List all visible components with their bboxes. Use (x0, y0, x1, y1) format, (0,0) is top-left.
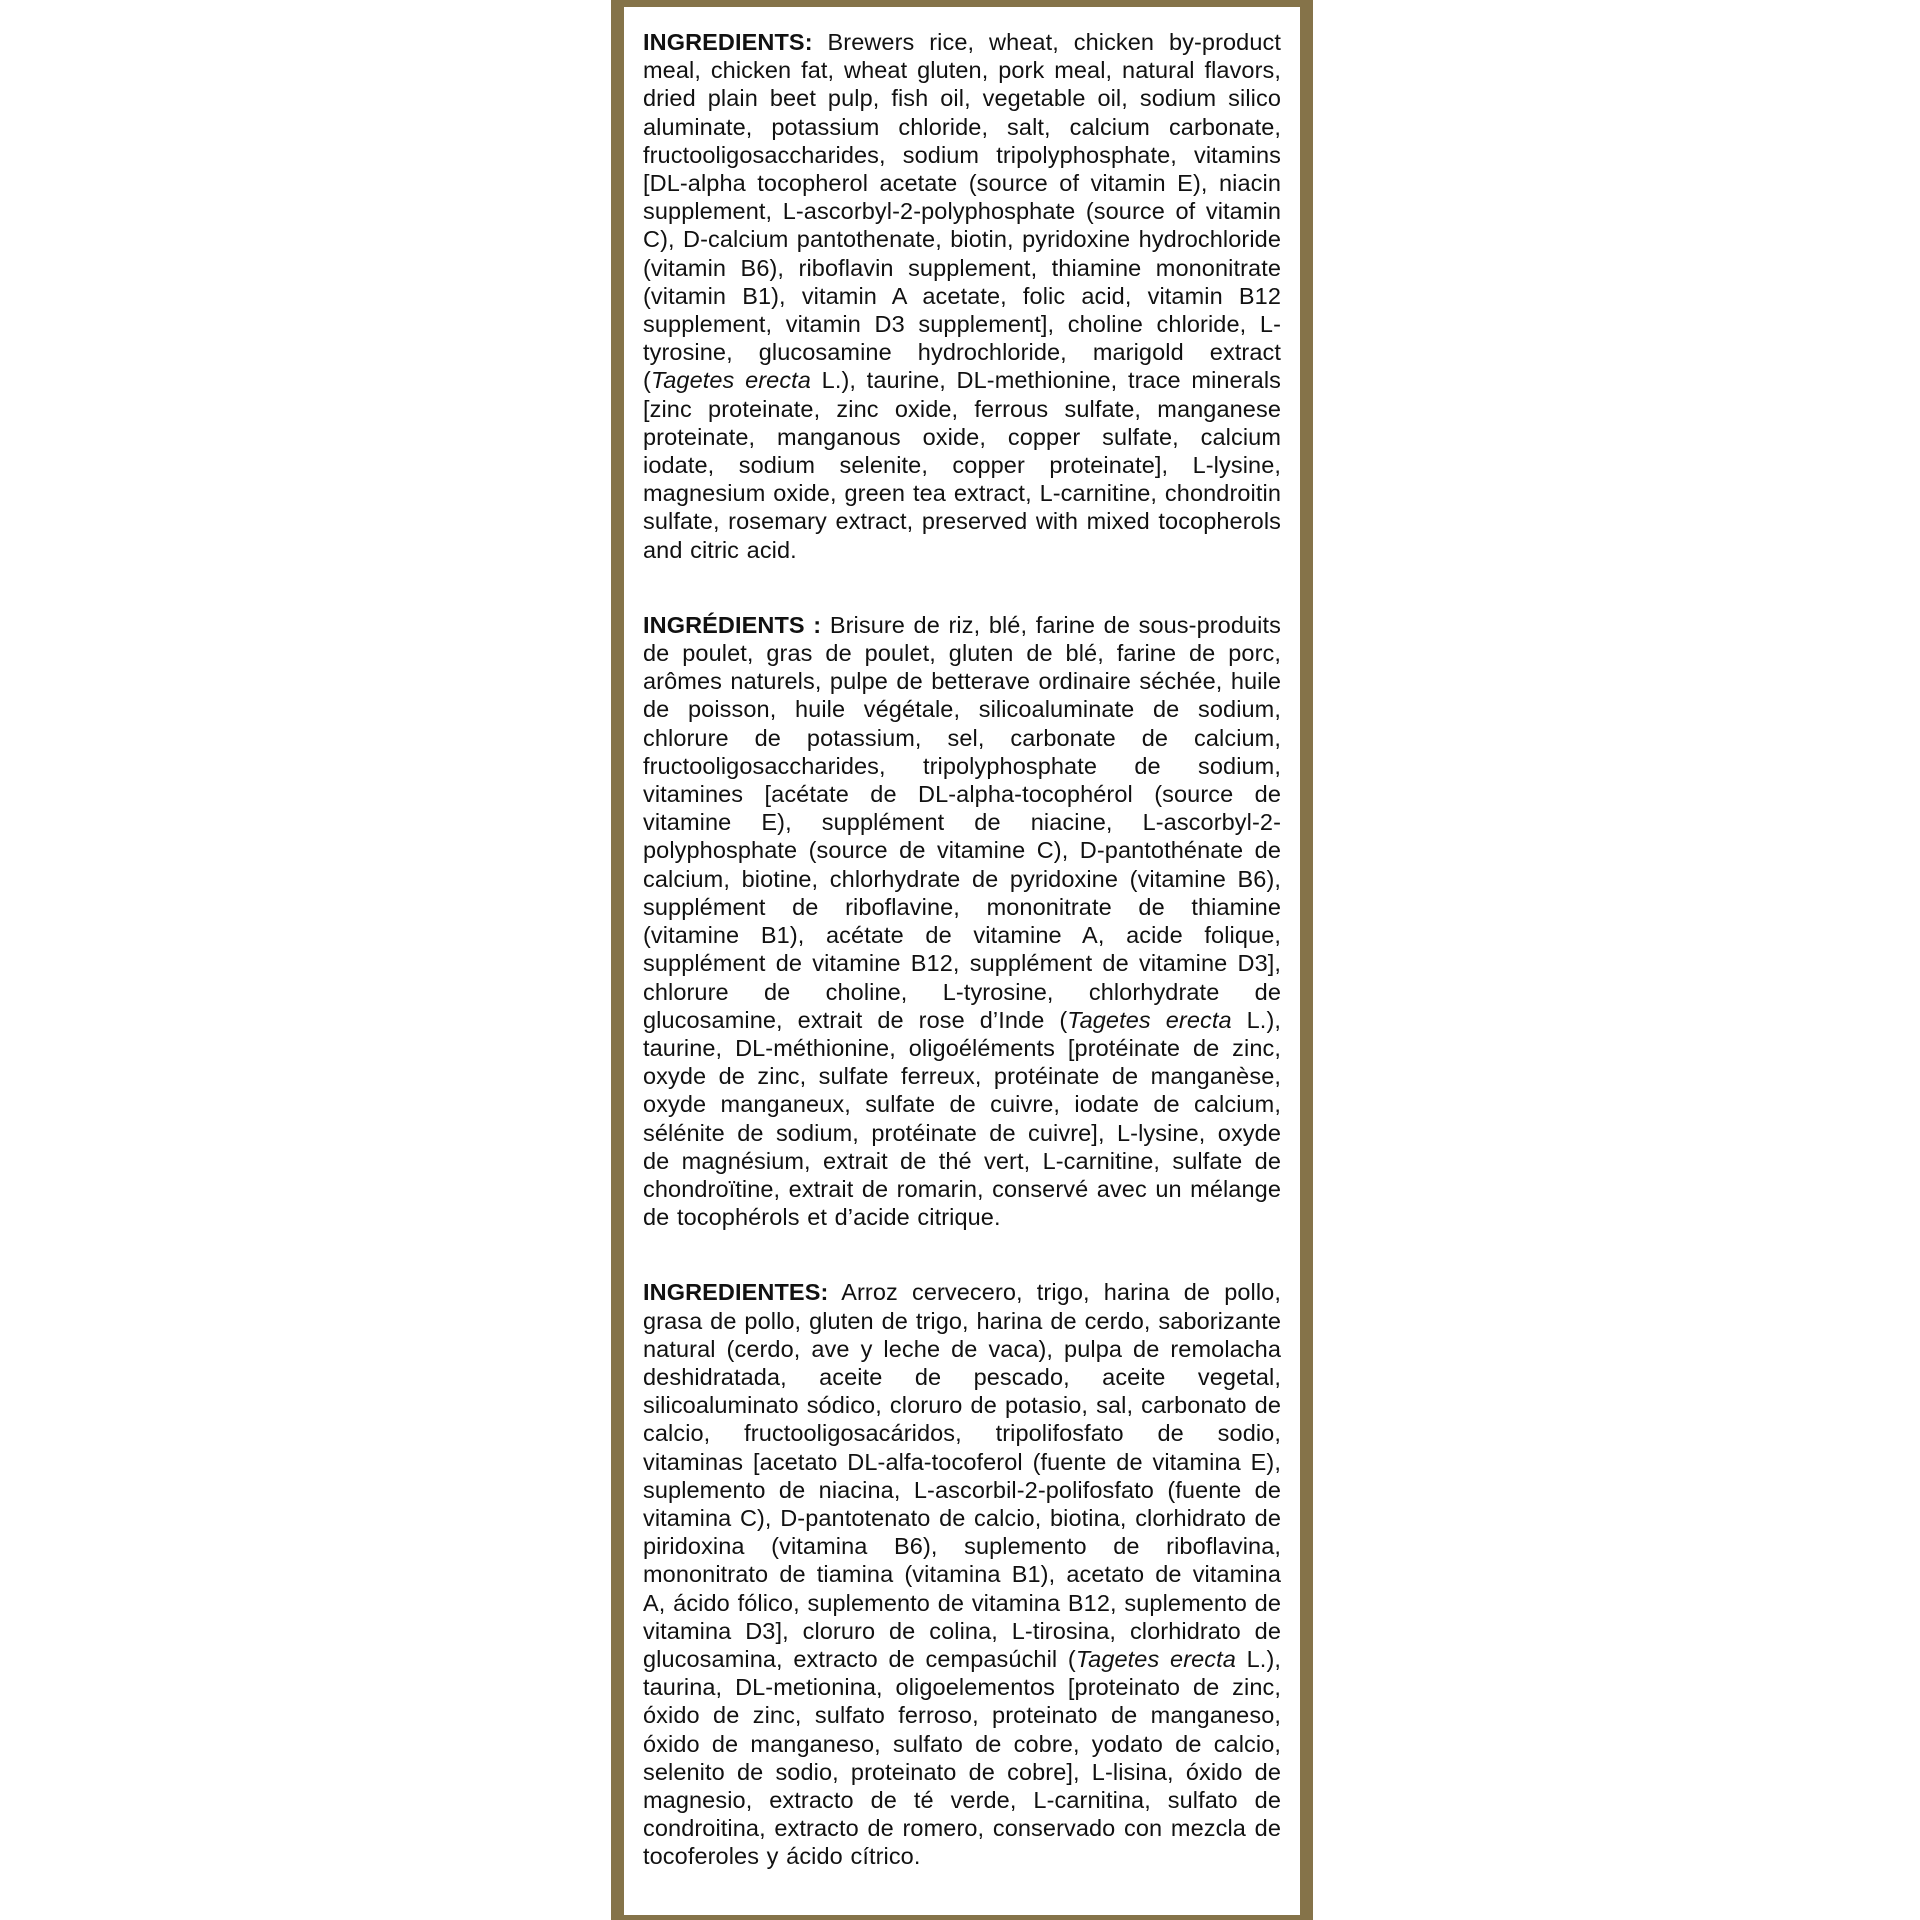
section-heading: INGREDIENTS: (643, 29, 813, 55)
section-heading: INGRÉDIENTS : (643, 612, 821, 638)
ingredient-text: L.), taurine, DL-methionine, trace miner… (643, 367, 1281, 562)
ingredients-paragraph-english: INGREDIENTS: Brewers rice, wheat, chicke… (643, 28, 1281, 564)
label-page: INGREDIENTS: Brewers rice, wheat, chicke… (0, 0, 1920, 1920)
latin-species-name: Tagetes erecta (1067, 1007, 1231, 1033)
ingredient-text: Brisure de riz, blé, farine de sous-prod… (643, 612, 1281, 1033)
ingredients-paragraph-french: INGRÉDIENTS : Brisure de riz, blé, farin… (643, 611, 1281, 1231)
latin-species-name: Tagetes erecta (1076, 1646, 1236, 1672)
ingredient-text: Brewers rice, wheat, chicken by-product … (643, 29, 1281, 393)
section-heading: INGREDIENTES: (643, 1279, 828, 1305)
ingredients-label-frame: INGREDIENTS: Brewers rice, wheat, chicke… (611, 0, 1313, 1920)
ingredient-text: Arroz cervecero, trigo, harina de pollo,… (643, 1279, 1281, 1672)
ingredient-text: L.), taurina, DL-metionina, oligoelement… (643, 1646, 1281, 1869)
ingredient-text: L.), taurine, DL-méthionine, oligoélémen… (643, 1007, 1281, 1230)
latin-species-name: Tagetes erecta (651, 367, 811, 393)
ingredients-paragraph-spanish: INGREDIENTES: Arroz cervecero, trigo, ha… (643, 1278, 1281, 1870)
